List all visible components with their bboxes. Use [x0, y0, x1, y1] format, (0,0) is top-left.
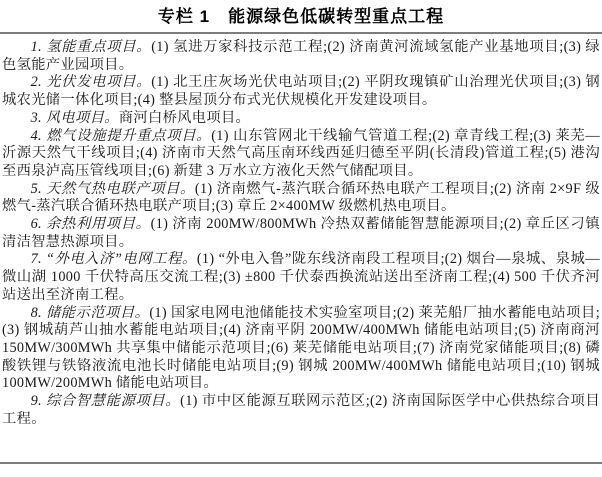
- document-page: 专栏 1 能源绿色低碳转型重点工程 1. 氢能重点项目。(1) 氢进万家科技示范…: [0, 0, 602, 477]
- column-body-text: 1. 氢能重点项目。(1) 氢进万家科技示范工程;(2) 济南黄河流域氢能产业基…: [0, 34, 602, 428]
- paragraph-item-4: 4. 燃气设施提升重点项目。(1) 山东管网北干线输气管道工程;(2) 章青线工…: [2, 128, 600, 181]
- item-heading: 7. “外电入济”电网工程。: [31, 251, 197, 267]
- bottom-rule: [0, 462, 602, 464]
- item-heading: 2. 光伏发电项目。: [31, 74, 152, 90]
- item-heading: 6. 余热利用项目。: [31, 216, 151, 232]
- item-heading: 5. 天然气热电联产项目。: [31, 181, 195, 197]
- item-heading: 8. 储能示范项目。: [31, 305, 150, 321]
- item-heading: 3. 风电项目。: [31, 110, 119, 126]
- item-heading: 1. 氢能重点项目。: [31, 39, 152, 55]
- paragraph-item-8: 8. 储能示范项目。(1) 国家电网电池储能技术实验室项目;(2) 莱芜船厂抽水…: [2, 305, 600, 394]
- column-title: 专栏 1 能源绿色低碳转型重点工程: [0, 0, 602, 29]
- paragraph-item-7: 7. “外电入济”电网工程。(1) “外电入鲁”陇东线济南段工程项目;(2) 烟…: [2, 251, 600, 304]
- paragraph-item-9: 9. 综合智慧能源项目。(1) 市中区能源互联网示范区;(2) 济南国际医学中心…: [2, 393, 600, 428]
- paragraph-item-6: 6. 余热利用项目。(1) 济南 200MW/800MWh 冷热双蓄储能智慧能源…: [2, 216, 600, 251]
- paragraph-item-3: 3. 风电项目。商河白桥风电项目。: [2, 110, 600, 128]
- item-body: 商河白桥风电项目。: [119, 110, 250, 126]
- item-heading: 9. 综合智慧能源项目。: [31, 393, 181, 409]
- paragraph-item-5: 5. 天然气热电联产项目。(1) 济南燃气-蒸汽联合循环热电联产工程项目;(2)…: [2, 181, 600, 216]
- item-heading: 4. 燃气设施提升重点项目。: [31, 128, 212, 144]
- paragraph-item-1: 1. 氢能重点项目。(1) 氢进万家科技示范工程;(2) 济南黄河流域氢能产业基…: [2, 39, 600, 74]
- paragraph-item-2: 2. 光伏发电项目。(1) 北王庄灰场光伏电站项目;(2) 平阴玫瑰镇矿山治理光…: [2, 74, 600, 109]
